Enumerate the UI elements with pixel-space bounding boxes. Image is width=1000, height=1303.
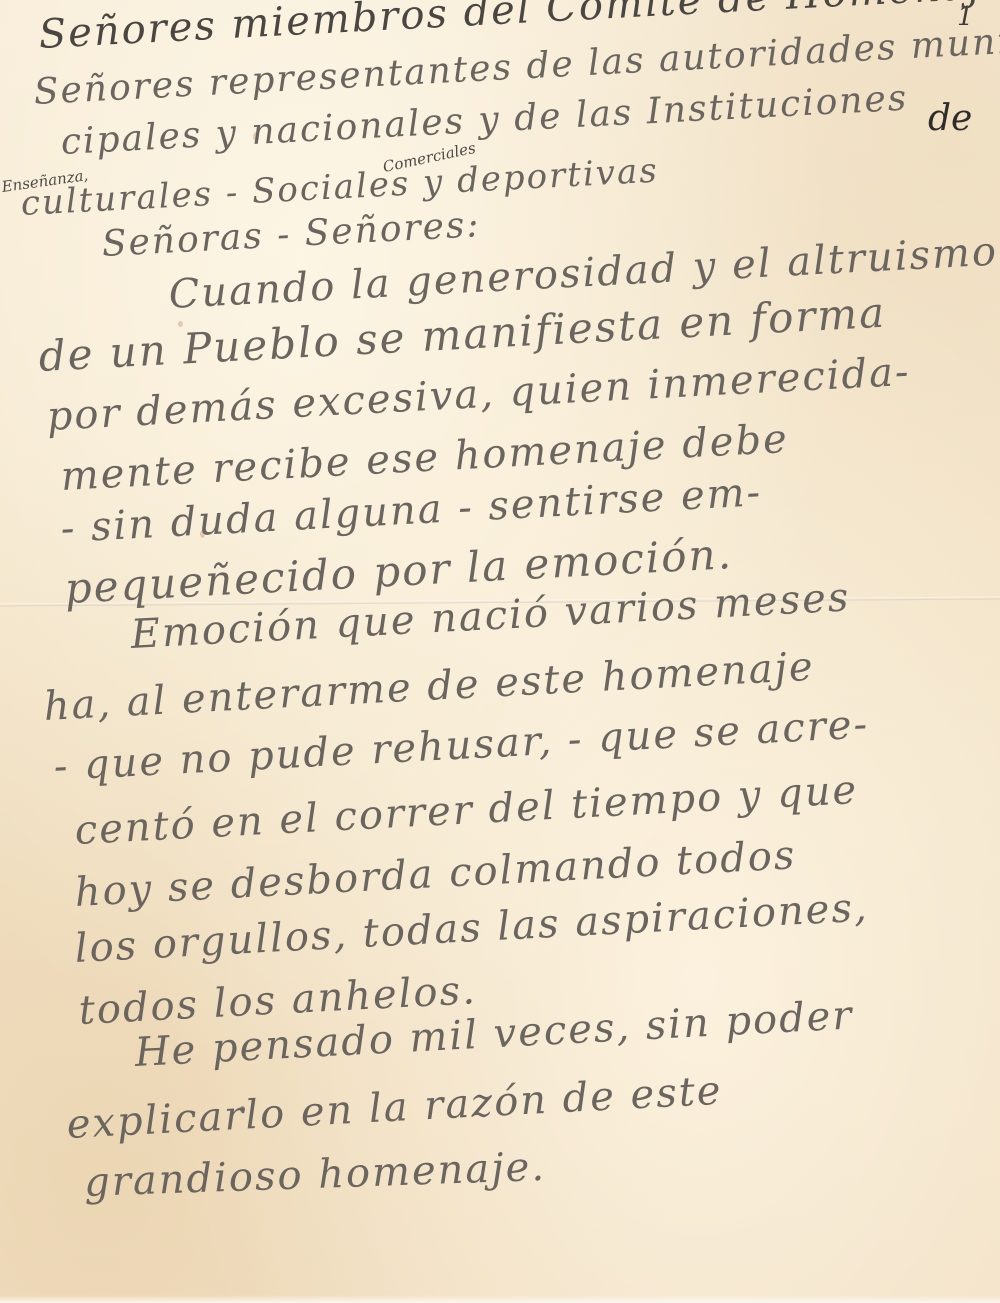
text-line-20: explicarlo en la razón de este — [66, 1068, 724, 1148]
paper-bottom-edge — [0, 1295, 1000, 1303]
inserted-word-de: de — [928, 98, 972, 139]
text-line-21: grandioso homenaje. — [83, 1144, 546, 1206]
handwritten-page: 1 Señores miembros del Comité de Homenaj… — [0, 0, 1000, 1303]
